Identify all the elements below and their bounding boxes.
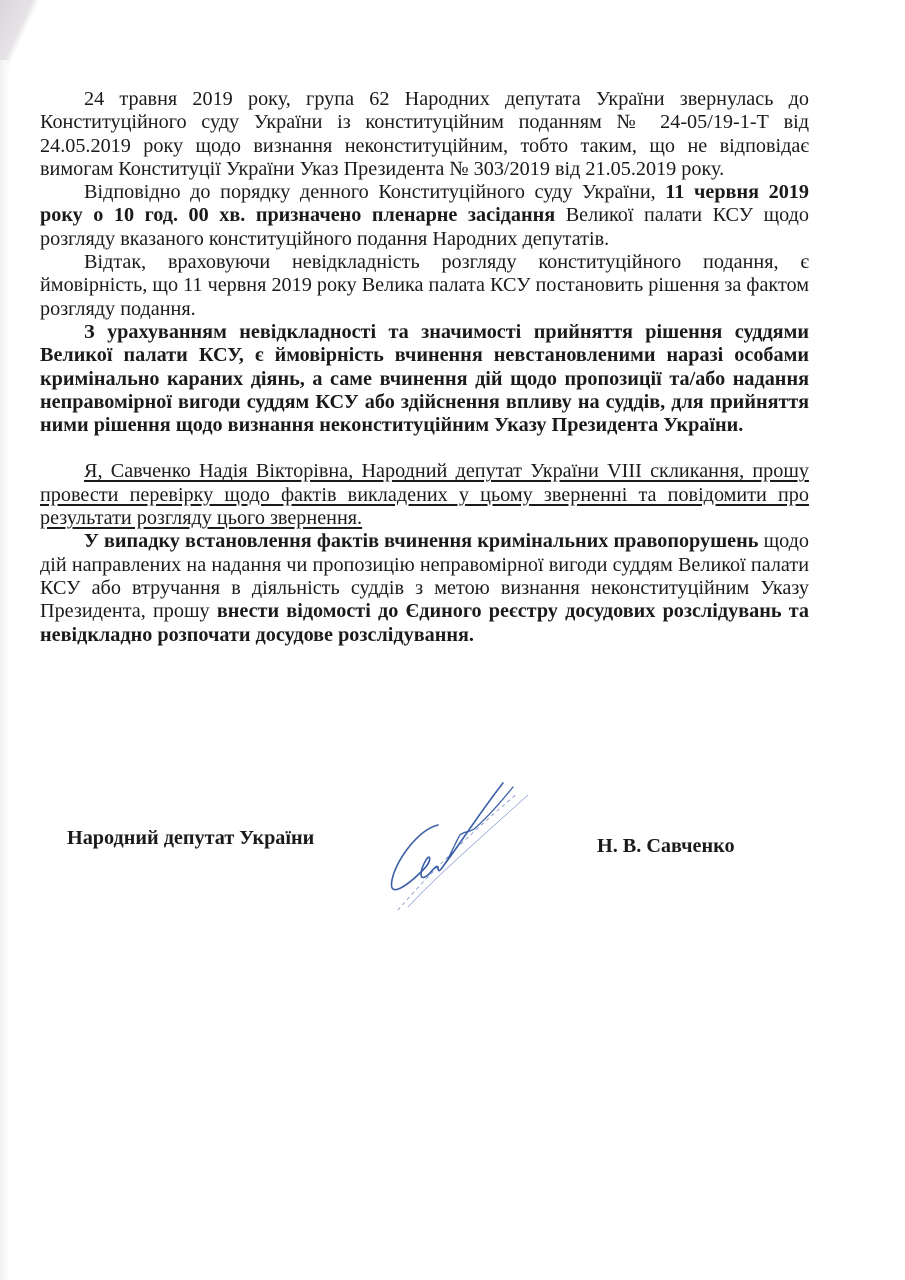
handwritten-signature-icon [378, 775, 548, 915]
paragraph-text: Відповідно до порядку денного Конституці… [84, 181, 665, 203]
paragraph-text: Відтак, враховуючи невідкладність розгля… [40, 251, 809, 320]
paragraph-text-underlined: Я, Савченко Надія Вікторівна, Народний д… [40, 460, 809, 529]
paragraph-request-check: Я, Савченко Надія Вікторівна, Народний д… [40, 460, 809, 530]
page-edge-shadow [0, 60, 10, 1280]
paragraph-text-bold: З урахуванням невідкладності та значимос… [40, 321, 809, 436]
paragraph-risk-warning: З урахуванням невідкладності та значимос… [40, 321, 809, 437]
paragraph-request-investigation: У випадку встановлення фактів вчинення к… [40, 530, 809, 646]
paragraph-submission: 24 травня 2019 року, група 62 Народних д… [40, 88, 809, 181]
paragraph-session-schedule: Відповідно до порядку денного Конституці… [40, 181, 809, 251]
paragraph-probability: Відтак, враховуючи невідкладність розгля… [40, 251, 809, 321]
signer-name: Н. В. Савченко [597, 835, 735, 858]
document-body: 24 травня 2019 року, група 62 Народних д… [40, 88, 809, 647]
paragraph-text: 24 травня 2019 року, група 62 Народних д… [40, 88, 809, 180]
paragraph-text-bold: У випадку встановлення фактів вчинення к… [84, 530, 758, 552]
signer-title: Народний депутат України [67, 827, 314, 850]
